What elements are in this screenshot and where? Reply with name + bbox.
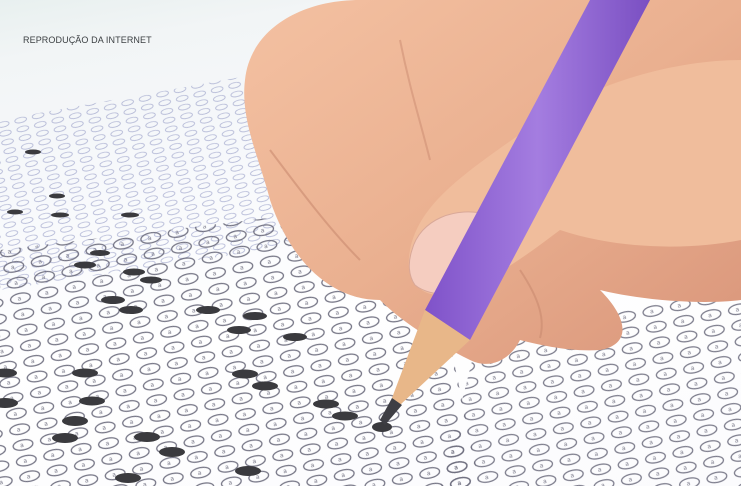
- answer-sheet-photo: a: [0, 0, 741, 486]
- photo-credit-caption: REPRODUÇÃO DA INTERNET: [23, 35, 152, 45]
- answer-sheet-illustration: a: [0, 0, 741, 486]
